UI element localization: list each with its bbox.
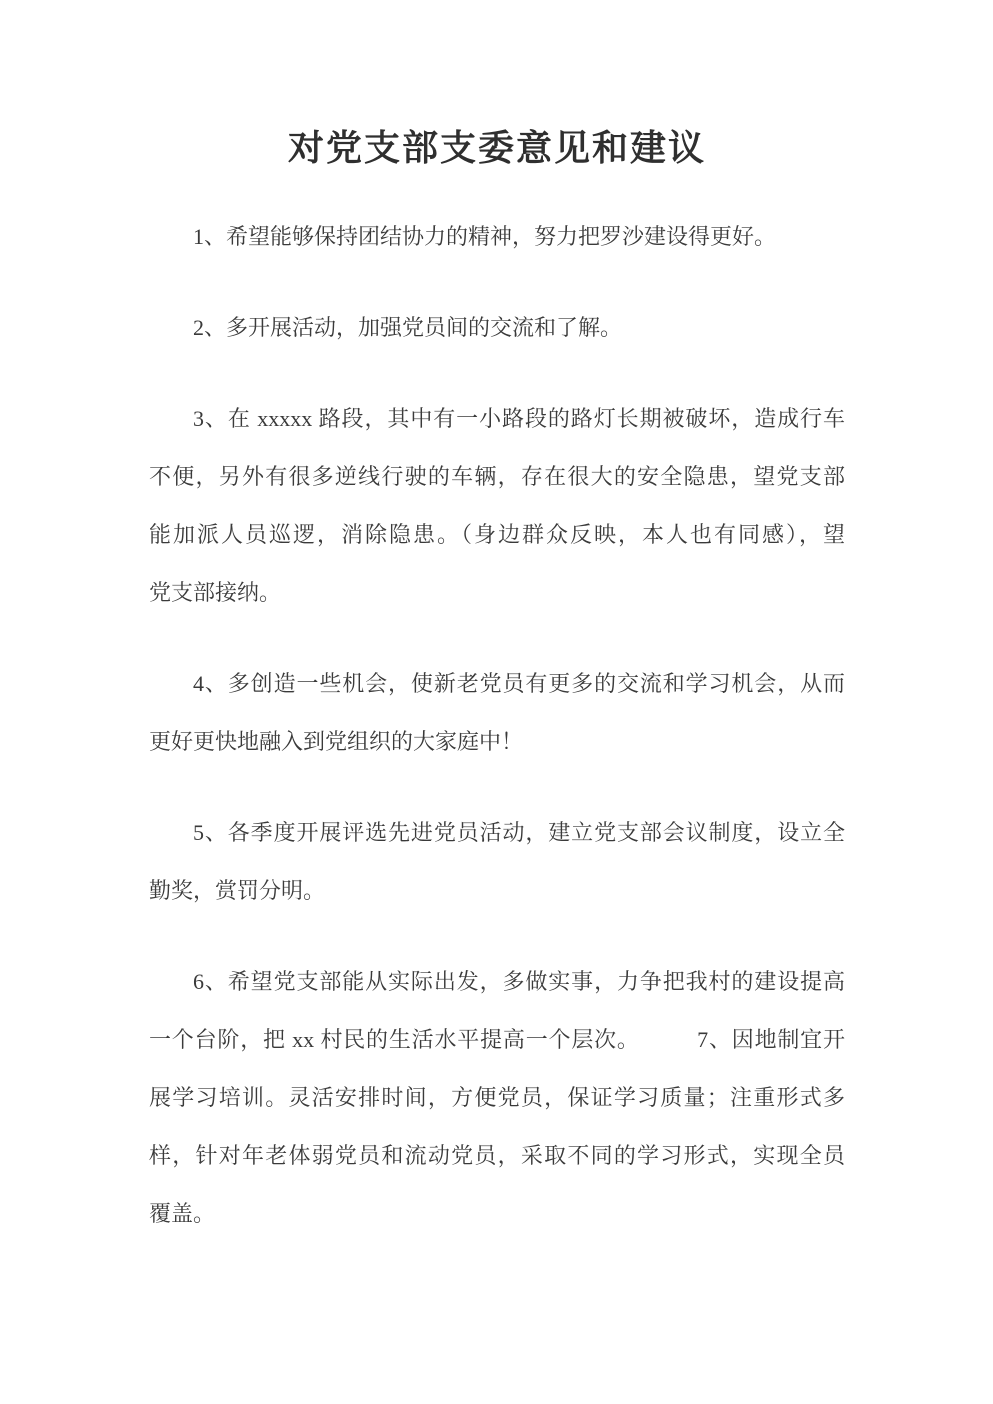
paragraph: 1、希望能够保持团结协力的精神，努力把罗沙建设得更好。	[149, 208, 845, 266]
paragraph-line: 不便，另外有很多逆线行驶的车辆，存在很大的安全隐患，望党支部	[149, 448, 845, 506]
paragraph-line: 党支部接纳。	[149, 564, 845, 622]
paragraph-line: 2、多开展活动，加强党员间的交流和了解。	[149, 299, 845, 357]
paragraph-line: 展学习培训。灵活安排时间，方便党员，保证学习质量；注重形式多	[149, 1069, 845, 1127]
document-page: 对党支部支委意见和建议 1、希望能够保持团结协力的精神，努力把罗沙建设得更好。2…	[0, 0, 993, 1404]
paragraph-line: 覆盖。	[149, 1185, 845, 1243]
document-content: 对党支部支委意见和建议 1、希望能够保持团结协力的精神，努力把罗沙建设得更好。2…	[0, 0, 993, 1243]
paragraph-line: 更好更快地融入到党组织的大家庭中！	[149, 713, 845, 771]
paragraph-line: 能加派人员巡逻，消除隐患。（身边群众反映，本人也有同感），望	[149, 506, 845, 564]
paragraph: 3、在 xxxxx 路段，其中有一小路段的路灯长期被破坏，造成行车不便，另外有很…	[149, 390, 845, 622]
paragraph-line: 一个台阶，把 xx 村民的生活水平提高一个层次。 7、因地制宜开	[149, 1011, 845, 1069]
paragraph: 6、希望党支部能从实际出发，多做实事，力争把我村的建设提高一个台阶，把 xx 村…	[149, 953, 845, 1243]
paragraph-line: 1、希望能够保持团结协力的精神，努力把罗沙建设得更好。	[149, 208, 845, 266]
paragraph-line: 勤奖，赏罚分明。	[149, 862, 845, 920]
document-title: 对党支部支委意见和建议	[149, 124, 845, 172]
paragraph: 2、多开展活动，加强党员间的交流和了解。	[149, 299, 845, 357]
paragraph-line: 3、在 xxxxx 路段，其中有一小路段的路灯长期被破坏，造成行车	[149, 390, 845, 448]
paragraph: 5、各季度开展评选先进党员活动，建立党支部会议制度，设立全勤奖，赏罚分明。	[149, 804, 845, 920]
paragraph-line: 4、多创造一些机会，使新老党员有更多的交流和学习机会，从而	[149, 655, 845, 713]
paragraph: 4、多创造一些机会，使新老党员有更多的交流和学习机会，从而更好更快地融入到党组织…	[149, 655, 845, 771]
paragraphs: 1、希望能够保持团结协力的精神，努力把罗沙建设得更好。2、多开展活动，加强党员间…	[149, 208, 845, 1243]
paragraph-line: 样，针对年老体弱党员和流动党员，采取不同的学习形式，实现全员	[149, 1127, 845, 1185]
paragraph-line: 6、希望党支部能从实际出发，多做实事，力争把我村的建设提高	[149, 953, 845, 1011]
paragraph-line: 5、各季度开展评选先进党员活动，建立党支部会议制度，设立全	[149, 804, 845, 862]
